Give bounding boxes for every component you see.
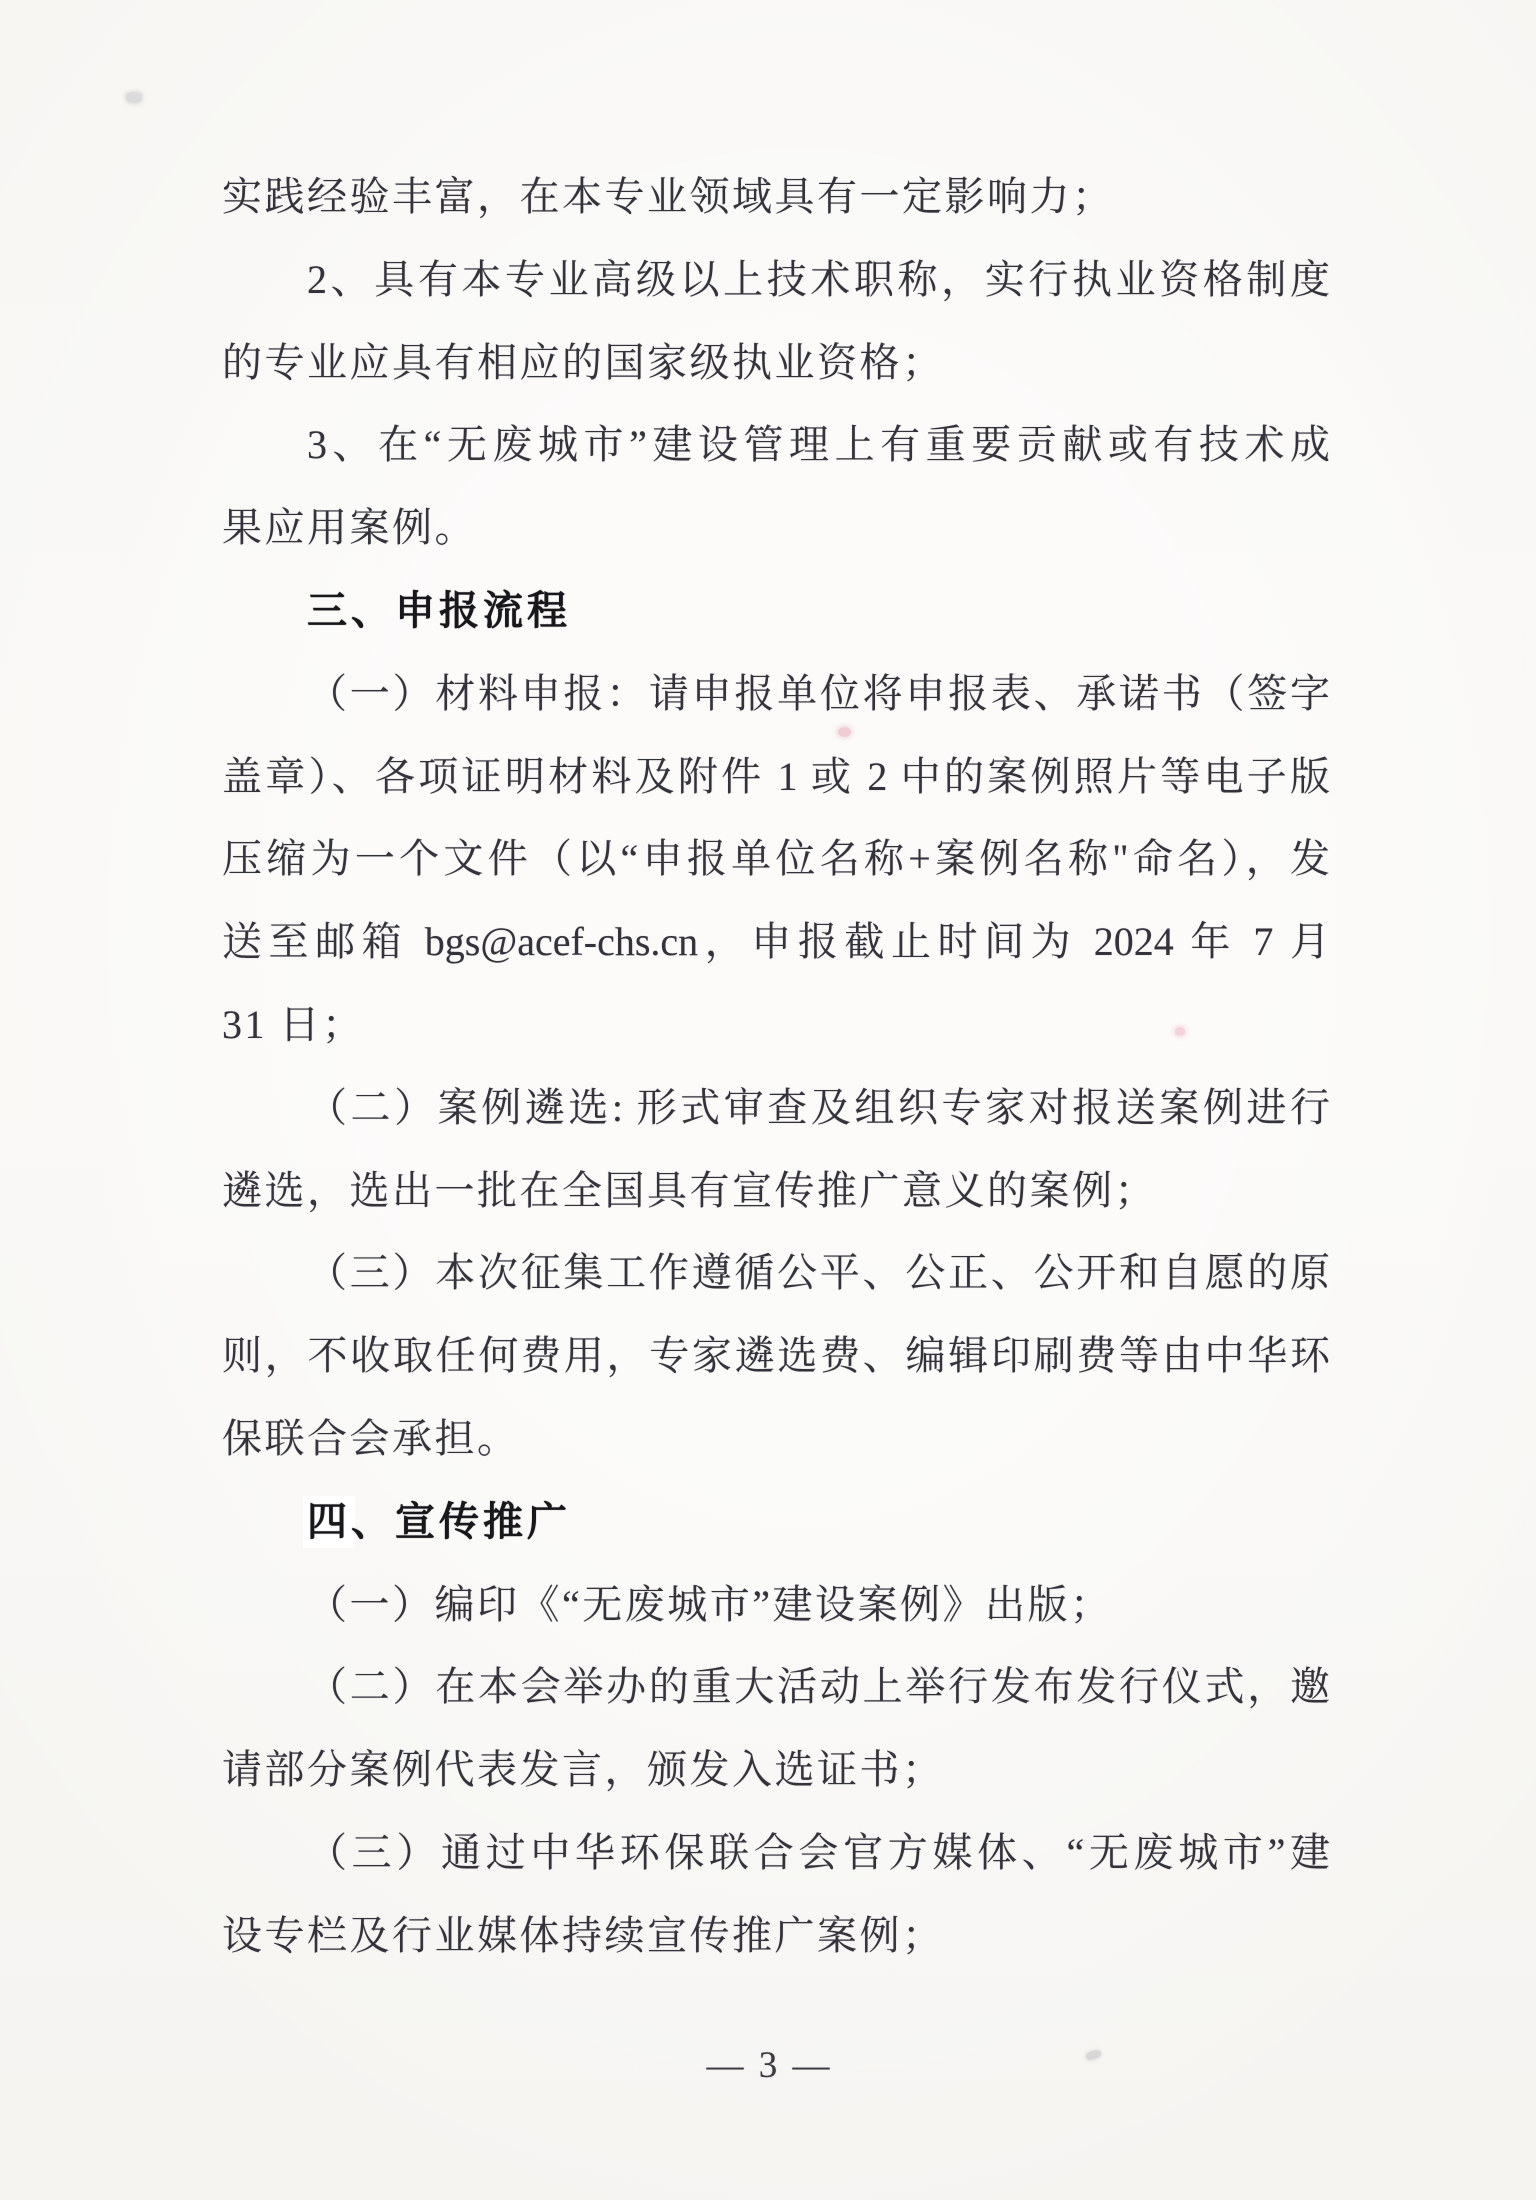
text-line: （三）通过中华环保联合会官方媒体、“无废城市”建 [222,1812,1330,1895]
text-line: （二）案例遴选: 形式审查及组织专家对报送案例进行 [222,1067,1330,1150]
text-line: 果应用案例。 [222,487,1330,570]
text-line: 三、申报流程 [222,570,1330,653]
text-line: （三）本次征集工作遵循公平、公正、公开和自愿的原 [222,1232,1330,1315]
text-line: （二）在本会举办的重大活动上举行发布发行仪式，邀 [222,1646,1330,1729]
text-line: （一）编印《“无废城市”建设案例》出版； [222,1564,1330,1647]
text-line: 31 日； [222,984,1330,1067]
text-line: 请部分案例代表发言，颁发入选证书； [222,1729,1330,1812]
text-line: 实践经验丰富，在本专业领域具有一定影响力； [222,156,1330,239]
text-line: 压缩为一个文件（以“申报单位名称+案例名称"命名），发 [222,818,1330,901]
scan-smudge-gray [126,92,142,103]
text-line: 的专业应具有相应的国家级执业资格； [222,322,1330,405]
text-line: 设专栏及行业媒体持续宣传推广案例； [222,1895,1330,1978]
text-line: 四、宣传推广 [222,1481,1330,1564]
corrected-character-patch: 四 [307,1500,351,1544]
text-line: 遴选，选出一批在全国具有宣传推广意义的案例； [222,1150,1330,1233]
text-line: 3、在“无废城市”建设管理上有重要贡献或有技术成 [222,404,1330,487]
text-line: 2、具有本专业高级以上技术职称，实行执业资格制度 [222,239,1330,322]
text-line: 则，不收取任何费用，专家遴选费、编辑印刷费等由中华环 [222,1315,1330,1398]
text-line: 保联合会承担。 [222,1398,1330,1481]
text-body: 实践经验丰富，在本专业领域具有一定影响力；2、具有本专业高级以上技术职称，实行执… [222,156,1330,1978]
text-line: 送至邮箱 bgs@acef-chs.cn，申报截止时间为 2024 年 7 月 [222,901,1330,984]
scanned-document-page: 实践经验丰富，在本专业领域具有一定影响力；2、具有本专业高级以上技术职称，实行执… [0,0,1536,2200]
text-line: （一）材料申报：请申报单位将申报表、承诺书（签字 [222,653,1330,736]
text-line: 盖章）、各项证明材料及附件 1 或 2 中的案例照片等电子版 [222,736,1330,819]
page-number: — 3 — [0,2044,1536,2087]
scan-speck-pink [1175,1027,1185,1036]
scan-speck-pink [838,727,851,737]
